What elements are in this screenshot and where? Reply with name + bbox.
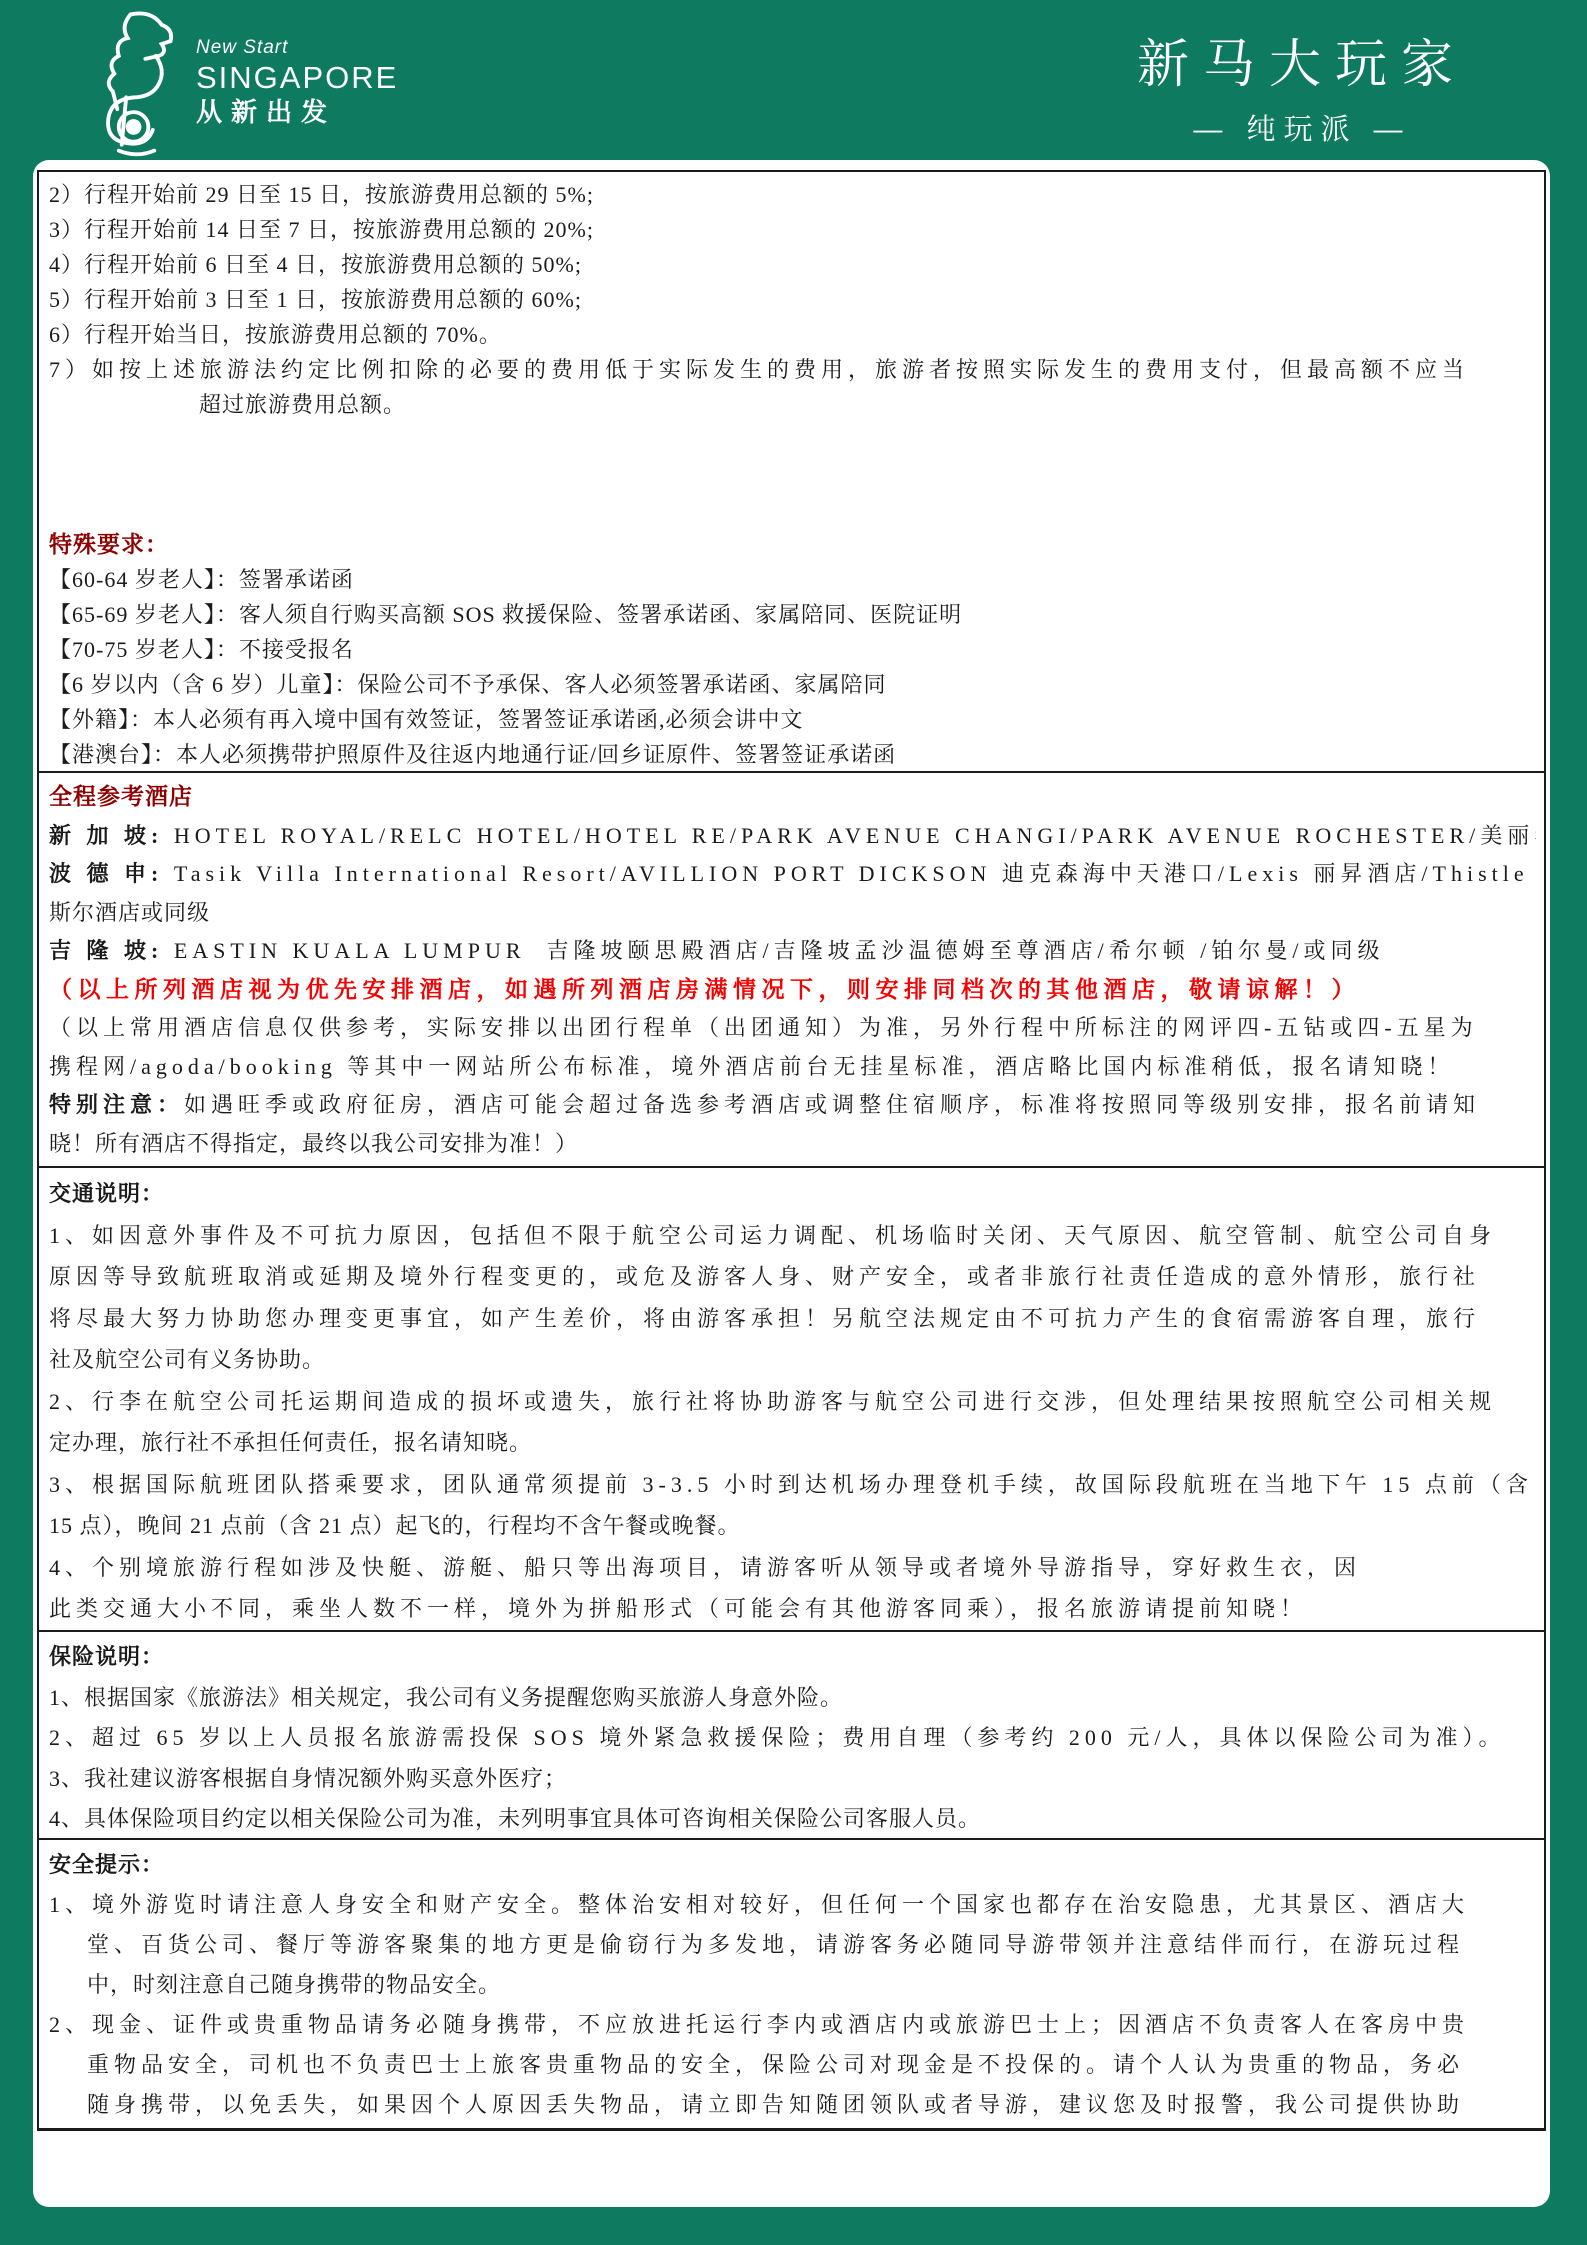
- text-line: 随身携带，以免丢失，如果因个人原因丢失物品，请立即告知随团领队或者导游，建议您及…: [49, 2085, 1536, 2125]
- text-run: 4、个别境旅游行程如涉及快艇、游艇、船只等出海项目，请游客听从领导或者境外导游指…: [49, 1555, 1361, 1580]
- text-run: 【外籍】：本人必须有再入境中国有效签证，签署签证承诺函,必须会讲中文: [49, 707, 804, 732]
- text-run: 3）行程开始前 14 日至 7 日，按旅游费用总额的 20%;: [49, 217, 594, 242]
- text-line: 7）如按上述旅游法约定比例扣除的必要的费用低于实际发生的费用，旅游者按照实际发生…: [49, 352, 1536, 387]
- text-line: 4）行程开始前 6 日至 4 日，按旅游费用总额的 50%;: [49, 247, 1536, 282]
- section-insurance-notes: 保险说明：1、根据国家《旅游法》相关规定，我公司有义务提醒您购买旅游人身意外险。…: [39, 1632, 1544, 1840]
- bold-text-run: 波 德 申:: [49, 861, 174, 886]
- text-line: 特殊要求：: [49, 527, 1536, 562]
- bold-text-run: 新 加 坡:: [49, 823, 174, 848]
- highlight-text-run: 特殊要求：: [49, 532, 169, 557]
- text-line: 安全提示：: [49, 1845, 1536, 1885]
- section-safety-tips: 安全提示：1、境外游览时请注意人身安全和财产安全。整体治安相对较好，但任何一个国…: [39, 1840, 1544, 2128]
- text-line: 3、根据国际航班团队搭乘要求，团队通常须提前 3-3.5 小时到达机场办理登机手…: [49, 1464, 1536, 1506]
- text-line: 1、根据国家《旅游法》相关规定，我公司有义务提醒您购买旅游人身意外险。: [49, 1678, 1536, 1719]
- text-line: 【港澳台】：本人必须携带护照原件及往返内地通行证/回乡证原件、签署签证承诺函: [49, 737, 1536, 772]
- text-line: 新 加 坡: HOTEL ROYAL/RELC HOTEL/HOTEL RE/P…: [49, 817, 1536, 856]
- text-run: 【65-69 岁老人】：客人须自行购买高额 SOS 救援保险、签署承诺函、家属陪…: [49, 602, 962, 627]
- text-run: 2、超过 65 岁以上人员报名旅游需投保 SOS 境外紧急救援保险；费用自理（参…: [49, 1725, 1505, 1750]
- text-line: 6）行程开始当日，按旅游费用总额的 70%。: [49, 317, 1536, 352]
- text-run: 4）行程开始前 6 日至 4 日，按旅游费用总额的 50%;: [49, 252, 582, 277]
- text-run: 社及航空公司有义务协助。: [49, 1347, 325, 1372]
- text-line: 吉 隆 坡: EASTIN KUALA LUMPUR 吉隆坡颐思殿酒店/吉隆坡孟…: [49, 932, 1536, 971]
- bold-text-run: 吉 隆 坡:: [49, 938, 174, 963]
- text-line: 【外籍】：本人必须有再入境中国有效签证，签署签证承诺函,必须会讲中文: [49, 702, 1536, 737]
- text-run: 【70-75 岁老人】：不接受报名: [49, 637, 354, 662]
- text-run: 3、根据国际航班团队搭乘要求，团队通常须提前 3-3.5 小时到达机场办理登机手…: [49, 1472, 1533, 1497]
- text-run: 【港澳台】：本人必须携带护照原件及往返内地通行证/回乡证原件、签署签证承诺函: [49, 742, 896, 767]
- merlion-logo: [84, 10, 192, 158]
- text-line: 2）行程开始前 29 日至 15 日，按旅游费用总额的 5%;: [49, 177, 1536, 212]
- text-run: 晓！所有酒店不得指定，最终以我公司安排为准！）: [49, 1131, 578, 1156]
- logo-line-newstart: New Start: [196, 38, 398, 59]
- text-run: 1、根据国家《旅游法》相关规定，我公司有义务提醒您购买旅游人身意外险。: [49, 1685, 843, 1710]
- text-line: 原因等导致航班取消或延期及境外行程变更的，或危及游客人身、财产安全，或者非旅行社…: [49, 1256, 1536, 1298]
- logo-line-singapore: SINGAPORE: [196, 61, 398, 95]
- bold-text-run: 安全提示：: [49, 1852, 164, 1877]
- text-run: 随身携带，以免丢失，如果因个人原因丢失物品，请立即告知随团领队或者导游，建议您及…: [87, 2092, 1464, 2117]
- text-run: 2）行程开始前 29 日至 15 日，按旅游费用总额的 5%;: [49, 182, 594, 207]
- blank-line: [49, 492, 1536, 527]
- text-run: 6）行程开始当日，按旅游费用总额的 70%。: [49, 322, 502, 347]
- content-box: 2）行程开始前 29 日至 15 日，按旅游费用总额的 5%;3）行程开始前 1…: [37, 170, 1546, 2131]
- text-line: 全程参考酒店: [49, 778, 1536, 817]
- logo-line-chinese: 从新出发: [196, 99, 398, 128]
- text-run: 定办理，旅行社不承担任何责任，报名请知晓。: [49, 1430, 532, 1455]
- section-cancellation-terms: 2）行程开始前 29 日至 15 日，按旅游费用总额的 5%;3）行程开始前 1…: [39, 172, 1544, 773]
- text-line: 3、我社建议游客根据自身情况额外购买意外医疗；: [49, 1759, 1536, 1800]
- text-run: 15 点），晚间 21 点前（含 21 点）起飞的，行程均不含午餐或晚餐。: [49, 1513, 741, 1538]
- text-run: 1、境外游览时请注意人身安全和财产安全。整体治安相对较好，但任何一个国家也都存在…: [49, 1892, 1469, 1917]
- text-line: 交通说明：: [49, 1173, 1536, 1215]
- text-run: 5）行程开始前 3 日至 1 日，按旅游费用总额的 60%;: [49, 287, 582, 312]
- text-run: （以上常用酒店信息仅供参考，实际安排以出团行程单（出团通知）为准，另外行程中所标…: [49, 1015, 1478, 1040]
- text-run: 此类交通大小不同，乘坐人数不一样，境外为拼船形式（可能会有其他游客同乘），报名旅…: [49, 1596, 1307, 1621]
- text-run: 1、如因意外事件及不可抗力原因，包括但不限于航空公司运力调配、机场临时关闭、天气…: [49, 1223, 1496, 1248]
- text-run: 堂、百货公司、餐厅等游客聚集的地方更是偷窃行为多发地，请游客务必随同导游带领并注…: [87, 1932, 1464, 1957]
- text-line: 定办理，旅行社不承担任何责任，报名请知晓。: [49, 1422, 1536, 1464]
- merlion-icon: [84, 10, 192, 158]
- text-line: 5）行程开始前 3 日至 1 日，按旅游费用总额的 60%;: [49, 282, 1536, 317]
- text-line: 保险说明：: [49, 1637, 1536, 1678]
- text-run: 超过旅游费用总额。: [199, 392, 406, 417]
- blank-line: [49, 422, 1536, 457]
- text-line: 2、行李在航空公司托运期间造成的损坏或遗失，旅行社将协助游客与航空公司进行交涉，…: [49, 1381, 1536, 1423]
- text-line: 中，时刻注意自己随身携带的物品安全。: [49, 1965, 1536, 2005]
- text-run: 4、具体保险项目约定以相关保险公司为准，未列明事宜具体可咨询相关保险公司客服人员…: [49, 1806, 981, 1831]
- text-line: 重物品安全，司机也不负责巴士上旅客贵重物品的安全，保险公司对现金是不投保的。请个…: [49, 2045, 1536, 2085]
- text-line: 携程网/agoda/booking 等其中一网站所公布标准，境外酒店前台无挂星标…: [49, 1048, 1536, 1087]
- text-run: 【60-64 岁老人】：签署承诺函: [49, 567, 354, 592]
- text-line: 将尽最大努力协助您办理变更事宜，如产生差价，将由游客承担！另航空法规定由不可抗力…: [49, 1298, 1536, 1340]
- text-run: EASTIN KUALA LUMPUR 吉隆坡颐思殿酒店/吉隆坡孟沙温德姆至尊酒…: [174, 938, 1385, 963]
- text-run: 如遇旺季或政府征房，酒店可能会超过备选参考酒店或调整住宿顺序，标准将按照同等级别…: [184, 1092, 1480, 1117]
- brand-title: 新马大玩家: [1137, 22, 1467, 97]
- text-line: （以上所列酒店视为优先安排酒店，如遇所列酒店房满情况下，则安排同档次的其他酒店，…: [49, 971, 1536, 1010]
- text-run: 3、我社建议游客根据自身情况额外购买意外医疗；: [49, 1766, 567, 1791]
- header: New Start SINGAPORE 从新出发 新马大玩家 — 纯玩派 —: [0, 0, 1587, 160]
- blank-line: [49, 457, 1536, 492]
- text-line: 【70-75 岁老人】：不接受报名: [49, 632, 1536, 667]
- text-line: 2、超过 65 岁以上人员报名旅游需投保 SOS 境外紧急救援保险；费用自理（参…: [49, 1718, 1536, 1759]
- text-line: 【60-64 岁老人】：签署承诺函: [49, 562, 1536, 597]
- brand-subtitle: — 纯玩派 —: [1137, 107, 1467, 148]
- text-line: 4、具体保险项目约定以相关保险公司为准，未列明事宜具体可咨询相关保险公司客服人员…: [49, 1799, 1536, 1840]
- text-line: 2、现金、证件或贵重物品请务必随身携带，不应放进托运行李内或酒店内或旅游巴士上；…: [49, 2005, 1536, 2045]
- section-reference-hotels: 全程参考酒店新 加 坡: HOTEL ROYAL/RELC HOTEL/HOTE…: [39, 773, 1544, 1168]
- bold-text-run: 保险说明：: [49, 1644, 164, 1669]
- text-line: 斯尔酒店或同级: [49, 894, 1536, 933]
- text-line: 【65-69 岁老人】：客人须自行购买高额 SOS 救援保险、签署承诺函、家属陪…: [49, 597, 1536, 632]
- text-run: Tasik Villa International Resort/AVILLIO…: [174, 861, 1536, 886]
- text-run: 2、现金、证件或贵重物品请务必随身携带，不应放进托运行李内或酒店内或旅游巴士上；…: [49, 2012, 1469, 2037]
- highlight-text-run: （以上所列酒店视为优先安排酒店，如遇所列酒店房满情况下，则安排同档次的其他酒店，…: [49, 977, 1360, 1002]
- text-line: 15 点），晚间 21 点前（含 21 点）起飞的，行程均不含午餐或晚餐。: [49, 1505, 1536, 1547]
- text-line: 晓！所有酒店不得指定，最终以我公司安排为准！）: [49, 1125, 1536, 1164]
- text-run: 原因等导致航班取消或延期及境外行程变更的，或危及游客人身、财产安全，或者非旅行社…: [49, 1264, 1480, 1289]
- text-line: 【6 岁以内（含 6 岁）儿童】：保险公司不予承保、客人必须签署承诺函、家属陪同: [49, 667, 1536, 702]
- text-run: 7）如按上述旅游法约定比例扣除的必要的费用低于实际发生的费用，旅游者按照实际发生…: [49, 357, 1469, 382]
- text-line: 此类交通大小不同，乘坐人数不一样，境外为拼船形式（可能会有其他游客同乘），报名旅…: [49, 1588, 1536, 1630]
- text-line: 4、个别境旅游行程如涉及快艇、游艇、船只等出海项目，请游客听从领导或者境外导游指…: [49, 1547, 1536, 1589]
- text-line: 波 德 申: Tasik Villa International Resort/…: [49, 855, 1536, 894]
- text-line: （以上常用酒店信息仅供参考，实际安排以出团行程单（出团通知）为准，另外行程中所标…: [49, 1009, 1536, 1048]
- text-line: 特别注意：如遇旺季或政府征房，酒店可能会超过备选参考酒店或调整住宿顺序，标准将按…: [49, 1086, 1536, 1125]
- text-line: 堂、百货公司、餐厅等游客聚集的地方更是偷窃行为多发地，请游客务必随同导游带领并注…: [49, 1925, 1536, 1965]
- text-line: 社及航空公司有义务协助。: [49, 1339, 1536, 1381]
- text-run: HOTEL ROYAL/RELC HOTEL/HOTEL RE/PARK AVE…: [174, 823, 1536, 848]
- text-run: 中，时刻注意自己随身携带的物品安全。: [87, 1972, 501, 1997]
- text-line: 1、如因意外事件及不可抗力原因，包括但不限于航空公司运力调配、机场临时关闭、天气…: [49, 1215, 1536, 1257]
- text-line: 3）行程开始前 14 日至 7 日，按旅游费用总额的 20%;: [49, 212, 1536, 247]
- bold-text-run: 特别注意：: [49, 1092, 184, 1117]
- text-run: 携程网/agoda/booking 等其中一网站所公布标准，境外酒店前台无挂星标…: [49, 1054, 1454, 1079]
- text-run: 将尽最大努力协助您办理变更事宜，如产生差价，将由游客承担！另航空法规定由不可抗力…: [49, 1306, 1480, 1331]
- logo-text: New Start SINGAPORE 从新出发: [196, 38, 398, 128]
- text-line: 超过旅游费用总额。: [49, 387, 1536, 422]
- text-line: 1、境外游览时请注意人身安全和财产安全。整体治安相对较好，但任何一个国家也都存在…: [49, 1885, 1536, 1925]
- brand: 新马大玩家 — 纯玩派 —: [1137, 22, 1467, 148]
- text-run: 2、行李在航空公司托运期间造成的损坏或遗失，旅行社将协助游客与航空公司进行交涉，…: [49, 1389, 1496, 1414]
- section-transport-notes: 交通说明：1、如因意外事件及不可抗力原因，包括但不限于航空公司运力调配、机场临时…: [39, 1168, 1544, 1632]
- text-run: 【6 岁以内（含 6 岁）儿童】：保险公司不予承保、客人必须签署承诺函、家属陪同: [49, 672, 887, 697]
- highlight-text-run: 全程参考酒店: [49, 784, 193, 809]
- document-panel: 2）行程开始前 29 日至 15 日，按旅游费用总额的 5%;3）行程开始前 1…: [33, 160, 1550, 2207]
- page-background: { "theme": { "green": "#0e7a60", "dark_r…: [0, 0, 1587, 2245]
- text-run: 斯尔酒店或同级: [49, 900, 210, 925]
- text-run: 重物品安全，司机也不负责巴士上旅客贵重物品的安全，保险公司对现金是不投保的。请个…: [87, 2052, 1464, 2077]
- bold-text-run: 交通说明：: [49, 1181, 164, 1206]
